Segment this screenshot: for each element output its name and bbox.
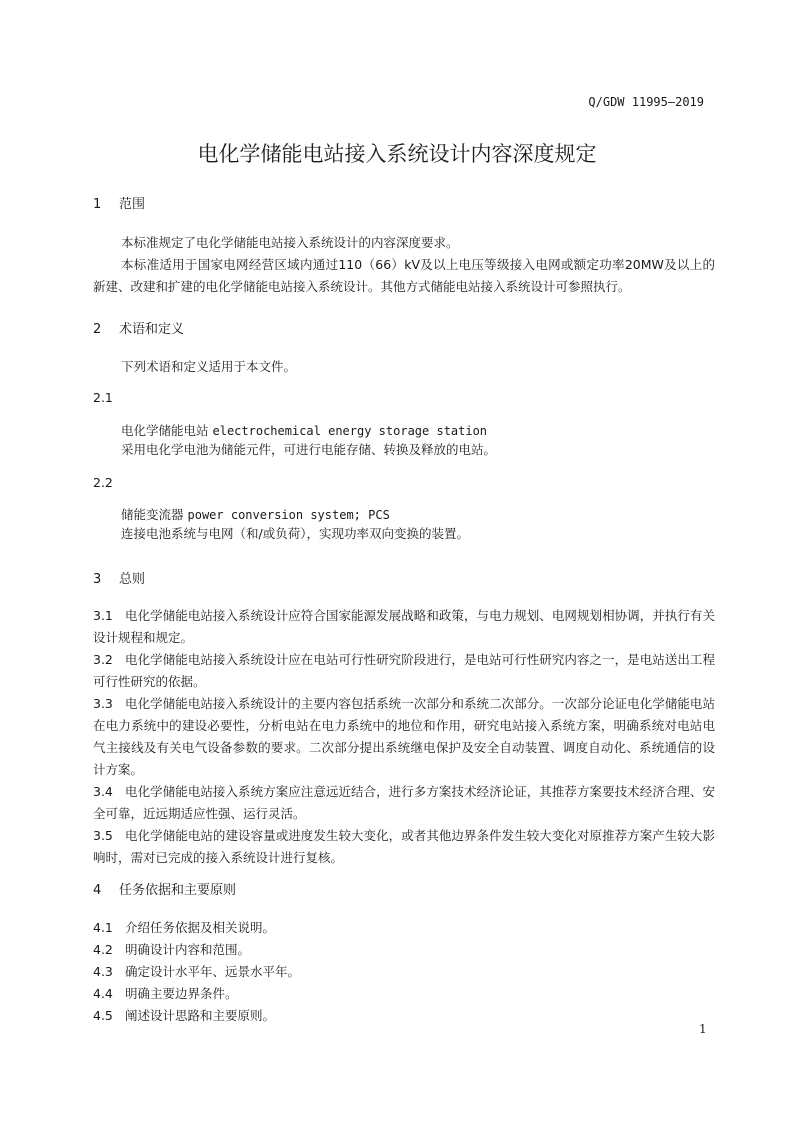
clause-number: 4.5 bbox=[93, 1005, 125, 1027]
term-entry: 储能变流器 power conversion system; PCS bbox=[121, 505, 390, 523]
section-3-heading: 3总则 bbox=[93, 568, 145, 587]
clause-3-3: 3.3电化学储能电站接入系统设计的主要内容包括系统一次部分和系统二次部分。一次部… bbox=[93, 693, 715, 781]
clause-number: 4.3 bbox=[93, 961, 125, 983]
clause-text: 确定设计水平年、远景水平年。 bbox=[125, 964, 300, 979]
clause-number: 4.2 bbox=[93, 939, 125, 961]
section-title: 总则 bbox=[119, 572, 145, 587]
standard-number: Q/GDW 11995—2019 bbox=[588, 95, 704, 109]
section-title: 范围 bbox=[119, 197, 145, 212]
clause-4-1: 4.1介绍任务依据及相关说明。 bbox=[93, 917, 715, 939]
clause-text: 电化学储能电站接入系统方案应注意远近结合，进行多方案技术经济论证，其推荐方案要技… bbox=[93, 784, 715, 821]
clause-3-5: 3.5电化学储能电站的建设容量或进度发生较大变化，或者其他边界条件发生较大变化对… bbox=[93, 825, 715, 869]
clause-text: 介绍任务依据及相关说明。 bbox=[125, 920, 275, 935]
paragraph: 本标准规定了电化学储能电站接入系统设计的内容深度要求。 bbox=[121, 232, 459, 254]
term-definition: 采用电化学电池为储能元件，可进行电能存储、转换及释放的电站。 bbox=[121, 439, 496, 461]
clause-text: 电化学储能电站接入系统设计应符合国家能源发展战略和政策，与电力规划、电网规划相协… bbox=[93, 608, 715, 645]
section-4-heading: 4任务依据和主要原则 bbox=[93, 879, 236, 898]
clause-number: 3.3 bbox=[93, 693, 125, 715]
clause-3-2: 3.2电化学储能电站接入系统设计应在电站可行性研究阶段进行，是电站可行性研究内容… bbox=[93, 649, 715, 693]
paragraph: 本标准适用于国家电网经营区域内通过110（66）kV及以上电压等级接入电网或额定… bbox=[93, 254, 715, 298]
clause-number: 3.4 bbox=[93, 781, 125, 803]
clause-text: 电化学储能电站接入系统设计应在电站可行性研究阶段进行，是电站可行性研究内容之一，… bbox=[93, 652, 715, 689]
clause-number: 4.4 bbox=[93, 983, 125, 1005]
clause-4-4: 4.4明确主要边界条件。 bbox=[93, 983, 715, 1005]
term-chinese: 储能变流器 bbox=[121, 507, 184, 522]
term-definition: 连接电池系统与电网（和/或负荷），实现功率双向变换的装置。 bbox=[121, 523, 469, 545]
term-number: 2.2 bbox=[93, 475, 113, 490]
term-english: power conversion system; PCS bbox=[188, 508, 390, 522]
page-number: 1 bbox=[699, 1022, 707, 1036]
clause-3-1: 3.1电化学储能电站接入系统设计应符合国家能源发展战略和政策，与电力规划、电网规… bbox=[93, 605, 715, 649]
clause-text: 明确设计内容和范围。 bbox=[125, 942, 250, 957]
clause-number: 3.1 bbox=[93, 605, 125, 627]
section-number: 4 bbox=[93, 883, 119, 898]
clause-3-4: 3.4电化学储能电站接入系统方案应注意远近结合，进行多方案技术经济论证，其推荐方… bbox=[93, 781, 715, 825]
clause-4-5: 4.5阐述设计思路和主要原则。 bbox=[93, 1005, 715, 1027]
clause-text: 阐述设计思路和主要原则。 bbox=[125, 1008, 275, 1023]
term-number: 2.1 bbox=[93, 390, 113, 405]
term-chinese: 电化学储能电站 bbox=[121, 423, 209, 438]
section-number: 1 bbox=[93, 197, 119, 212]
clause-text: 电化学储能电站的建设容量或进度发生较大变化，或者其他边界条件发生较大变化对原推荐… bbox=[93, 828, 715, 865]
document-title: 电化学储能电站接入系统设计内容深度规定 bbox=[0, 138, 794, 168]
clause-text: 电化学储能电站接入系统设计的主要内容包括系统一次部分和系统二次部分。一次部分论证… bbox=[93, 696, 715, 777]
section-1-heading: 1范围 bbox=[93, 193, 145, 212]
term-entry: 电化学储能电站 electrochemical energy storage s… bbox=[121, 421, 487, 439]
clause-number: 3.2 bbox=[93, 649, 125, 671]
section-number: 2 bbox=[93, 322, 119, 337]
section-number: 3 bbox=[93, 572, 119, 587]
clause-4-2: 4.2明确设计内容和范围。 bbox=[93, 939, 715, 961]
section-2-heading: 2术语和定义 bbox=[93, 318, 184, 337]
section-title: 术语和定义 bbox=[119, 322, 184, 337]
term-english: electrochemical energy storage station bbox=[213, 424, 488, 438]
clause-4-3: 4.3确定设计水平年、远景水平年。 bbox=[93, 961, 715, 983]
section-title: 任务依据和主要原则 bbox=[119, 883, 236, 898]
clause-text: 明确主要边界条件。 bbox=[125, 986, 238, 1001]
clause-number: 3.5 bbox=[93, 825, 125, 847]
paragraph: 下列术语和定义适用于本文件。 bbox=[121, 356, 296, 378]
clause-number: 4.1 bbox=[93, 917, 125, 939]
